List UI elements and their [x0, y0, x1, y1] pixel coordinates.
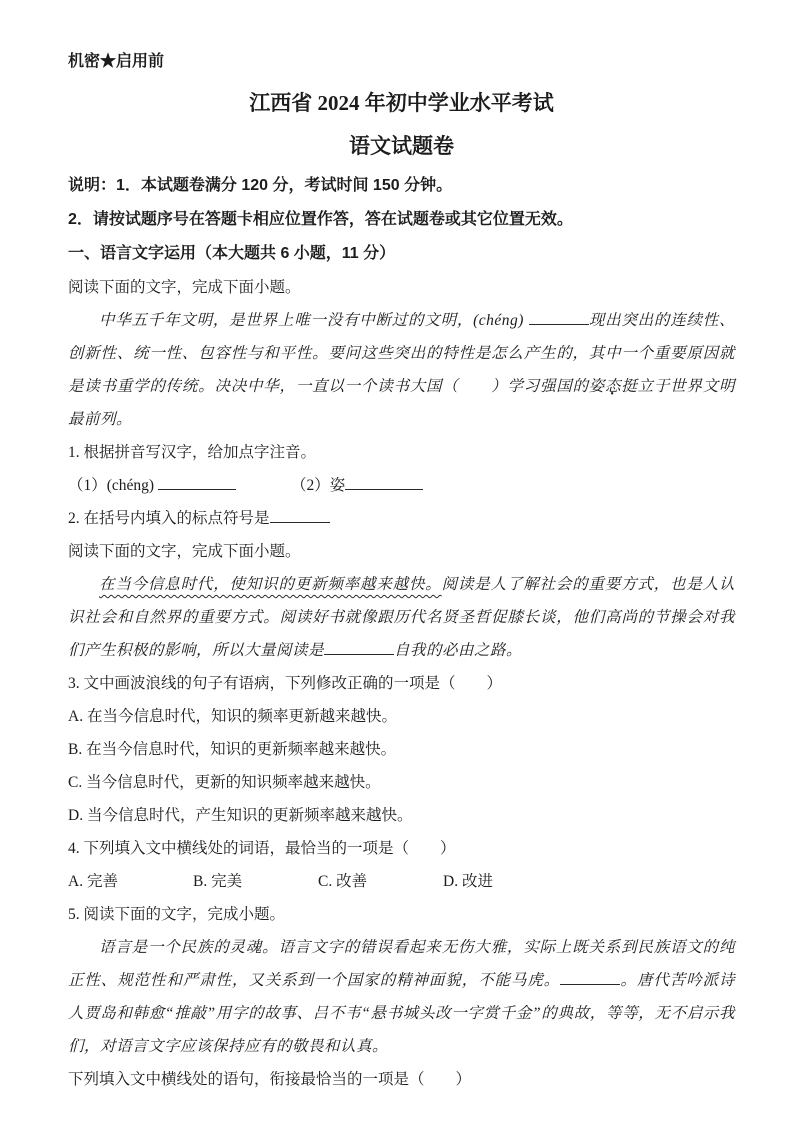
question-1-parts: （1）(chéng) （2）姿	[68, 469, 735, 502]
exam-paper-page: 机密★启用前 江西省 2024 年初中学业水平考试 语文试题卷 说明：1．本试题…	[0, 0, 793, 1122]
question-1-part2-label: （2）姿	[291, 477, 345, 494]
question-4-option-b: B. 完美	[193, 865, 318, 898]
question-3-option-b: B. 在当今信息时代，知识的更新频率越来越快。	[68, 733, 735, 766]
reading2-text-tail: 自我的必由之路。	[394, 642, 522, 659]
question-5-stem: 5. 阅读下面的文字，完成小题。	[68, 898, 735, 931]
question-3-option-d: D. 当今信息时代，产生知识的更新频率越来越快。	[68, 799, 735, 832]
reading1-text-before-blank: 中华五千年文明，是世界上唯一没有中断过的文明，(chéng)	[99, 312, 529, 329]
classification-label: 机密★启用前	[68, 52, 735, 72]
question-3-stem: 3. 文中画波浪线的句子有语病，下列修改正确的一项是（ ）	[68, 667, 735, 700]
exam-title: 江西省 2024 年初中学业水平考试	[68, 90, 735, 116]
question-4-stem: 4. 下列填入文中横线处的词语，最恰当的一项是（ ）	[68, 832, 735, 865]
reading1-fill-blank	[529, 309, 589, 325]
reading2-wavy-sentence: 在当今信息时代，使知识的更新频率越来越快。	[99, 576, 442, 593]
question-1-stem: 1. 根据拼音写汉字，给加点字注音。	[68, 436, 735, 469]
question-5-fill-blank	[560, 969, 620, 985]
reading1-dotted-char: 姿	[589, 378, 605, 395]
reading1-intro: 阅读下面的文字，完成下面小题。	[68, 271, 735, 304]
reading2-passage: 在当今信息时代，使知识的更新频率越来越快。阅读是人了解社会的重要方式，也是人认识…	[68, 568, 735, 667]
reading2-fill-blank	[324, 639, 394, 655]
section-one-heading: 一、语言文字运用（本大题共 6 小题，11 分）	[68, 237, 735, 271]
exam-subtitle: 语文试题卷	[68, 133, 735, 159]
question-4-option-a: A. 完善	[68, 865, 193, 898]
question-5-followup: 下列填入文中横线处的语句，衔接最恰当的一项是（ ）	[68, 1063, 735, 1096]
question-3-option-a: A. 在当今信息时代，知识的频率更新越来越快。	[68, 700, 735, 733]
question-2-blank	[270, 507, 330, 523]
question-1-part1-blank	[158, 474, 236, 490]
reading2-intro: 阅读下面的文字，完成下面小题。	[68, 535, 735, 568]
instruction-line-1: 说明：1．本试题卷满分 120 分，考试时间 150 分钟。	[68, 169, 735, 203]
instruction-line-2: 2．请按试题序号在答题卡相应位置作答，答在试题卷或其它位置无效。	[68, 203, 735, 237]
question-1-part2-blank	[345, 474, 423, 490]
question-4-option-c: C. 改善	[318, 865, 443, 898]
question-2-text: 2. 在括号内填入的标点符号是	[68, 510, 270, 527]
question-4-options: A. 完善 B. 完美 C. 改善 D. 改进	[68, 865, 735, 898]
question-3-options: A. 在当今信息时代，知识的频率更新越来越快。 B. 在当今信息时代，知识的更新…	[68, 700, 735, 832]
reading1-passage: 中华五千年文明，是世界上唯一没有中断过的文明，(chéng) 现出突出的连续性、…	[68, 304, 735, 436]
question-1-part1-label: （1）(chéng)	[68, 477, 158, 494]
question-4-option-d: D. 改进	[443, 865, 493, 898]
question-3-option-c: C. 当今信息时代，更新的知识频率越来越快。	[68, 766, 735, 799]
exam-instructions: 说明：1．本试题卷满分 120 分，考试时间 150 分钟。 2．请按试题序号在…	[68, 169, 735, 237]
question-2-stem: 2. 在括号内填入的标点符号是	[68, 502, 735, 535]
question-5-passage: 语言是一个民族的灵魂。语言文字的错误看起来无伤大雅，实际上既关系到民族语文的纯正…	[68, 931, 735, 1063]
